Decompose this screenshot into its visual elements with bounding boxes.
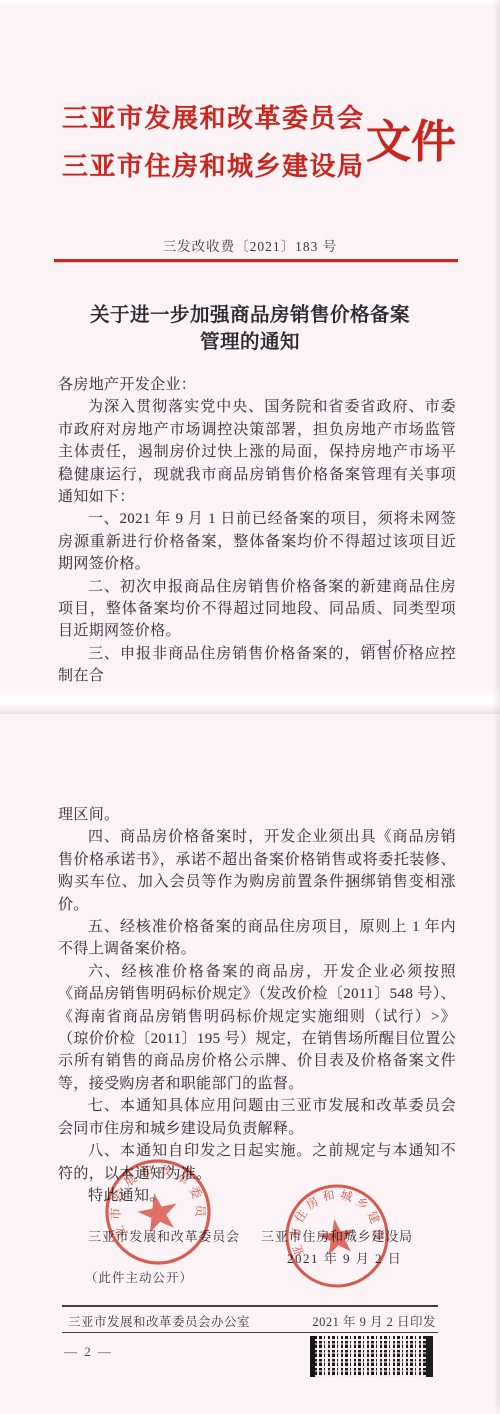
barcode-icon: [310, 1336, 433, 1377]
salutation: 各房地产开发企业：: [58, 374, 456, 396]
paragraph-item-1: 一、2021 年 9 月 1 日前已经备案的项目，须将未网签房源重新进行价格备案…: [58, 508, 456, 575]
footer-issuing-office: 三亚市发展和改革委员会办公室: [68, 1312, 250, 1330]
paragraph-intro: 为深入贯彻落实党中央、国务院和省委省政府、市委市政府对房地产市场调控决策部署，担…: [58, 396, 456, 508]
page-number-2: — 2 —: [64, 1344, 113, 1360]
header-agency-line1: 三亚市发展和改革委员会: [62, 98, 382, 135]
closing-phrase: 特此通知。: [58, 1185, 456, 1207]
paragraph-item-5: 五、经核准价格备案的商品住房项目，原则上 1 年内不得上调备案价格。: [58, 916, 456, 961]
paragraph-item-4: 四、商品房价格备案时，开发企业须出具《商品房销售价格承诺书》，承诺不超出备案价格…: [58, 826, 456, 916]
paragraph-item-6: 六、经核准价格备案的商品房，开发企业必须按照《商品房销售明码标价规定》（发改价检…: [58, 961, 456, 1095]
page2-body: 理区间。 四、商品房价格备案时，开发企业须出具《商品房销售价格承诺书》，承诺不超…: [58, 804, 456, 1207]
page-number-1: — 1 —: [366, 636, 415, 652]
scan-right-edge: [493, 0, 500, 1414]
page-boundary: [0, 688, 500, 714]
scan-bottom-edge: [0, 1404, 500, 1414]
signature-agency-left: 三亚市发展和改革委员会: [88, 1226, 240, 1245]
paragraph-item-7: 七、本通知具体应用问题由三亚市发展和改革委员会会同市住房和城乡建设局负责解释。: [58, 1095, 456, 1140]
doc-number: 三发改收费〔2021〕183 号: [0, 235, 500, 255]
doc-type-label: 文件: [366, 120, 456, 165]
signature-date: 2021 年 9 月 2 日: [287, 1248, 402, 1267]
footer-rule-bottom: [62, 1332, 438, 1333]
scan-top-edge: [0, 0, 500, 7]
red-separator-rule: [54, 259, 458, 262]
footer-row: 三亚市发展和改革委员会办公室 2021 年 9 月 2 日印发: [68, 1311, 436, 1330]
doc-title-line1: 关于进一步加强商品房销售价格备案: [0, 303, 500, 330]
header-agency-line2: 三亚市住房和城乡建设局: [62, 146, 382, 183]
paragraph-item-2: 二、初次申报商品住房销售价格备案的新建商品住房项目，整体备案均价不得超过同地段、…: [58, 576, 456, 643]
doc-title: 关于进一步加强商品房销售价格备案 管理的通知: [0, 303, 500, 356]
signature-agency-right: 三亚市住房和城乡建设局: [261, 1226, 413, 1245]
footer-rule-top: [62, 1305, 438, 1307]
footer-print-date: 2021 年 9 月 2 日印发: [312, 1312, 436, 1330]
paragraph-item-8: 八、本通知自印发之日起实施。之前规定与本通知不符的，以本通知为准。: [58, 1140, 456, 1185]
scanned-document: 三亚市发展和改革委员会 三亚市住房和城乡建设局 文件 三发改收费〔2021〕18…: [0, 0, 500, 1414]
paragraph-item-3-end: 理区间。: [58, 804, 456, 826]
disclosure-note: （此件主动公开）: [85, 1268, 193, 1286]
doc-title-line2: 管理的通知: [0, 330, 500, 357]
